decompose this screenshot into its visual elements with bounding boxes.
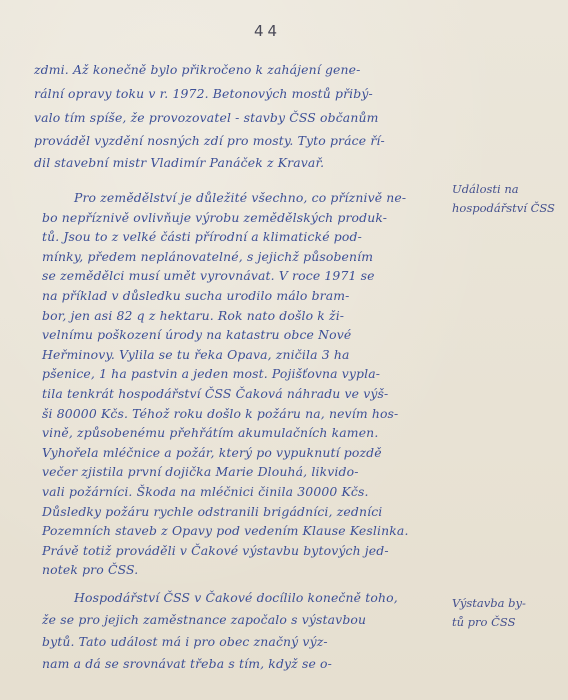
text-line: Heřminovy. Vylila se tu řeka Opava, znič… (42, 347, 350, 362)
text-line: vali požárníci. Škoda na mléčnici činila… (42, 484, 369, 499)
text-line: Pro zemědělství je důležité všechno, co … (74, 190, 406, 205)
text-line: ši 80000 Kčs. Téhož roku došlo k požáru … (42, 406, 398, 421)
handwritten-page: 44 zdmi. Až konečně bylo přikročeno k za… (0, 0, 568, 700)
text-line: se zemědělci musí umět vyrovnávat. V roc… (42, 268, 375, 283)
text-line: že se pro jejich zaměstnance započalo s … (42, 612, 366, 627)
text-line: tila tenkrát hospodářství ČSS Čaková náh… (42, 386, 388, 401)
text-line: Právě totiž prováděli v Čakové výstavbu … (42, 543, 389, 558)
text-line: pšenice, 1 ha pastvin a jeden most. Poji… (42, 366, 380, 381)
margin-note-line: hospodářství ČSS (452, 199, 555, 218)
page-number: 44 (254, 22, 281, 40)
text-line: vině, způsobenému přehřátím akumulačních… (42, 425, 378, 440)
text-line: rální opravy toku v r. 1972. Betonových … (34, 86, 373, 101)
text-line: Pozemních staveb z Opavy pod vedením Kla… (42, 523, 409, 538)
text-line: tů. Jsou to z velké části přírodní a kli… (42, 229, 362, 244)
text-line: Vyhořela mléčnice a požár, který po vypu… (42, 445, 382, 460)
text-line: notek pro ČSS. (42, 562, 138, 577)
text-line: zdmi. Až konečně bylo přikročeno k zaháj… (34, 62, 361, 77)
margin-note-events: Události na hospodářství ČSS (452, 180, 555, 218)
text-line: velnímu poškození úrody na katastru obce… (42, 327, 351, 342)
text-line: bytů. Tato událost má i pro obec značný … (42, 634, 328, 649)
margin-note-housing: Výstavba by- tů pro ČSS (452, 594, 526, 632)
margin-note-line: Události na (452, 180, 555, 199)
text-line: mínky, předem neplánovatelné, s jejichž … (42, 249, 373, 264)
margin-note-line: Výstavba by- (452, 594, 526, 613)
text-line: bo nepříznivě ovlivňuje výrobu zemědělsk… (42, 210, 387, 225)
text-line: prováděl vyzdění nosných zdí pro mosty. … (34, 133, 385, 148)
text-line: dil stavební mistr Vladimír Panáček z Kr… (34, 155, 324, 170)
text-line: bor, jen asi 82 q z hektaru. Rok nato do… (42, 308, 344, 323)
text-line: večer zjistila první dojička Marie Dlouh… (42, 464, 359, 479)
text-line: Důsledky požáru rychle odstranili brigád… (42, 504, 382, 519)
text-line: valo tím spíše, že provozovatel - stavby… (34, 110, 379, 125)
text-line: Hospodářství ČSS v Čakové docílilo koneč… (74, 590, 398, 605)
margin-note-line: tů pro ČSS (452, 613, 526, 632)
text-line: nam a dá se srovnávat třeba s tím, když … (42, 656, 332, 671)
text-line: na příklad v důsledku sucha urodilo málo… (42, 288, 350, 303)
